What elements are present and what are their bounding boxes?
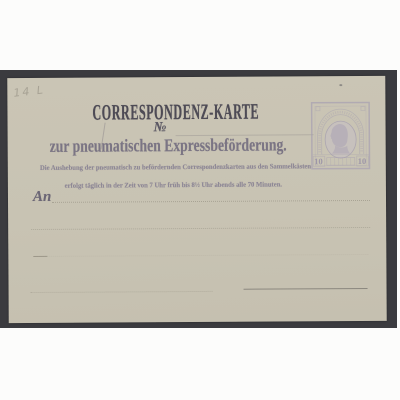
numero-label: №: [154, 120, 167, 136]
address-to-label: An: [33, 189, 51, 206]
fine-print-block: Die Aushebung der pneumatisch zu beförde…: [33, 155, 313, 193]
card-title: CORRESPONDENZ-KARTE: [92, 101, 259, 124]
stamp-denomination-right: 10: [358, 156, 367, 166]
stamp-denomination-left: 10: [314, 156, 323, 166]
address-line-4-solid-segment: [244, 288, 368, 290]
fine-print-line-2: erfolgt täglich in der Zeit von 7 Uhr fr…: [64, 180, 281, 190]
address-line-1: [52, 200, 370, 203]
imprinted-stamp-franz-joseph: 10 10: [310, 101, 370, 171]
stamp-ornament-left: [316, 107, 320, 111]
fine-print-line-1: Die Aushebung der pneumatisch zu beförde…: [40, 162, 311, 172]
ink-speck: [339, 84, 342, 86]
address-line-3-start-dash: [33, 256, 47, 257]
pencil-collector-note: 14 L: [13, 83, 46, 99]
stamp-kreuzer-panel-cells: [331, 158, 351, 166]
correspondence-card: 14 L CORRESPONDENZ-KARTE № zur pneumatis…: [7, 76, 386, 323]
stamp-ornament-right: [361, 106, 365, 110]
address-line-4-faint: [31, 291, 213, 293]
address-line-3: [33, 254, 368, 257]
card-subtitle: zur pneumatischen Expressbeförderung.: [50, 135, 287, 155]
address-line-2: [31, 227, 370, 230]
